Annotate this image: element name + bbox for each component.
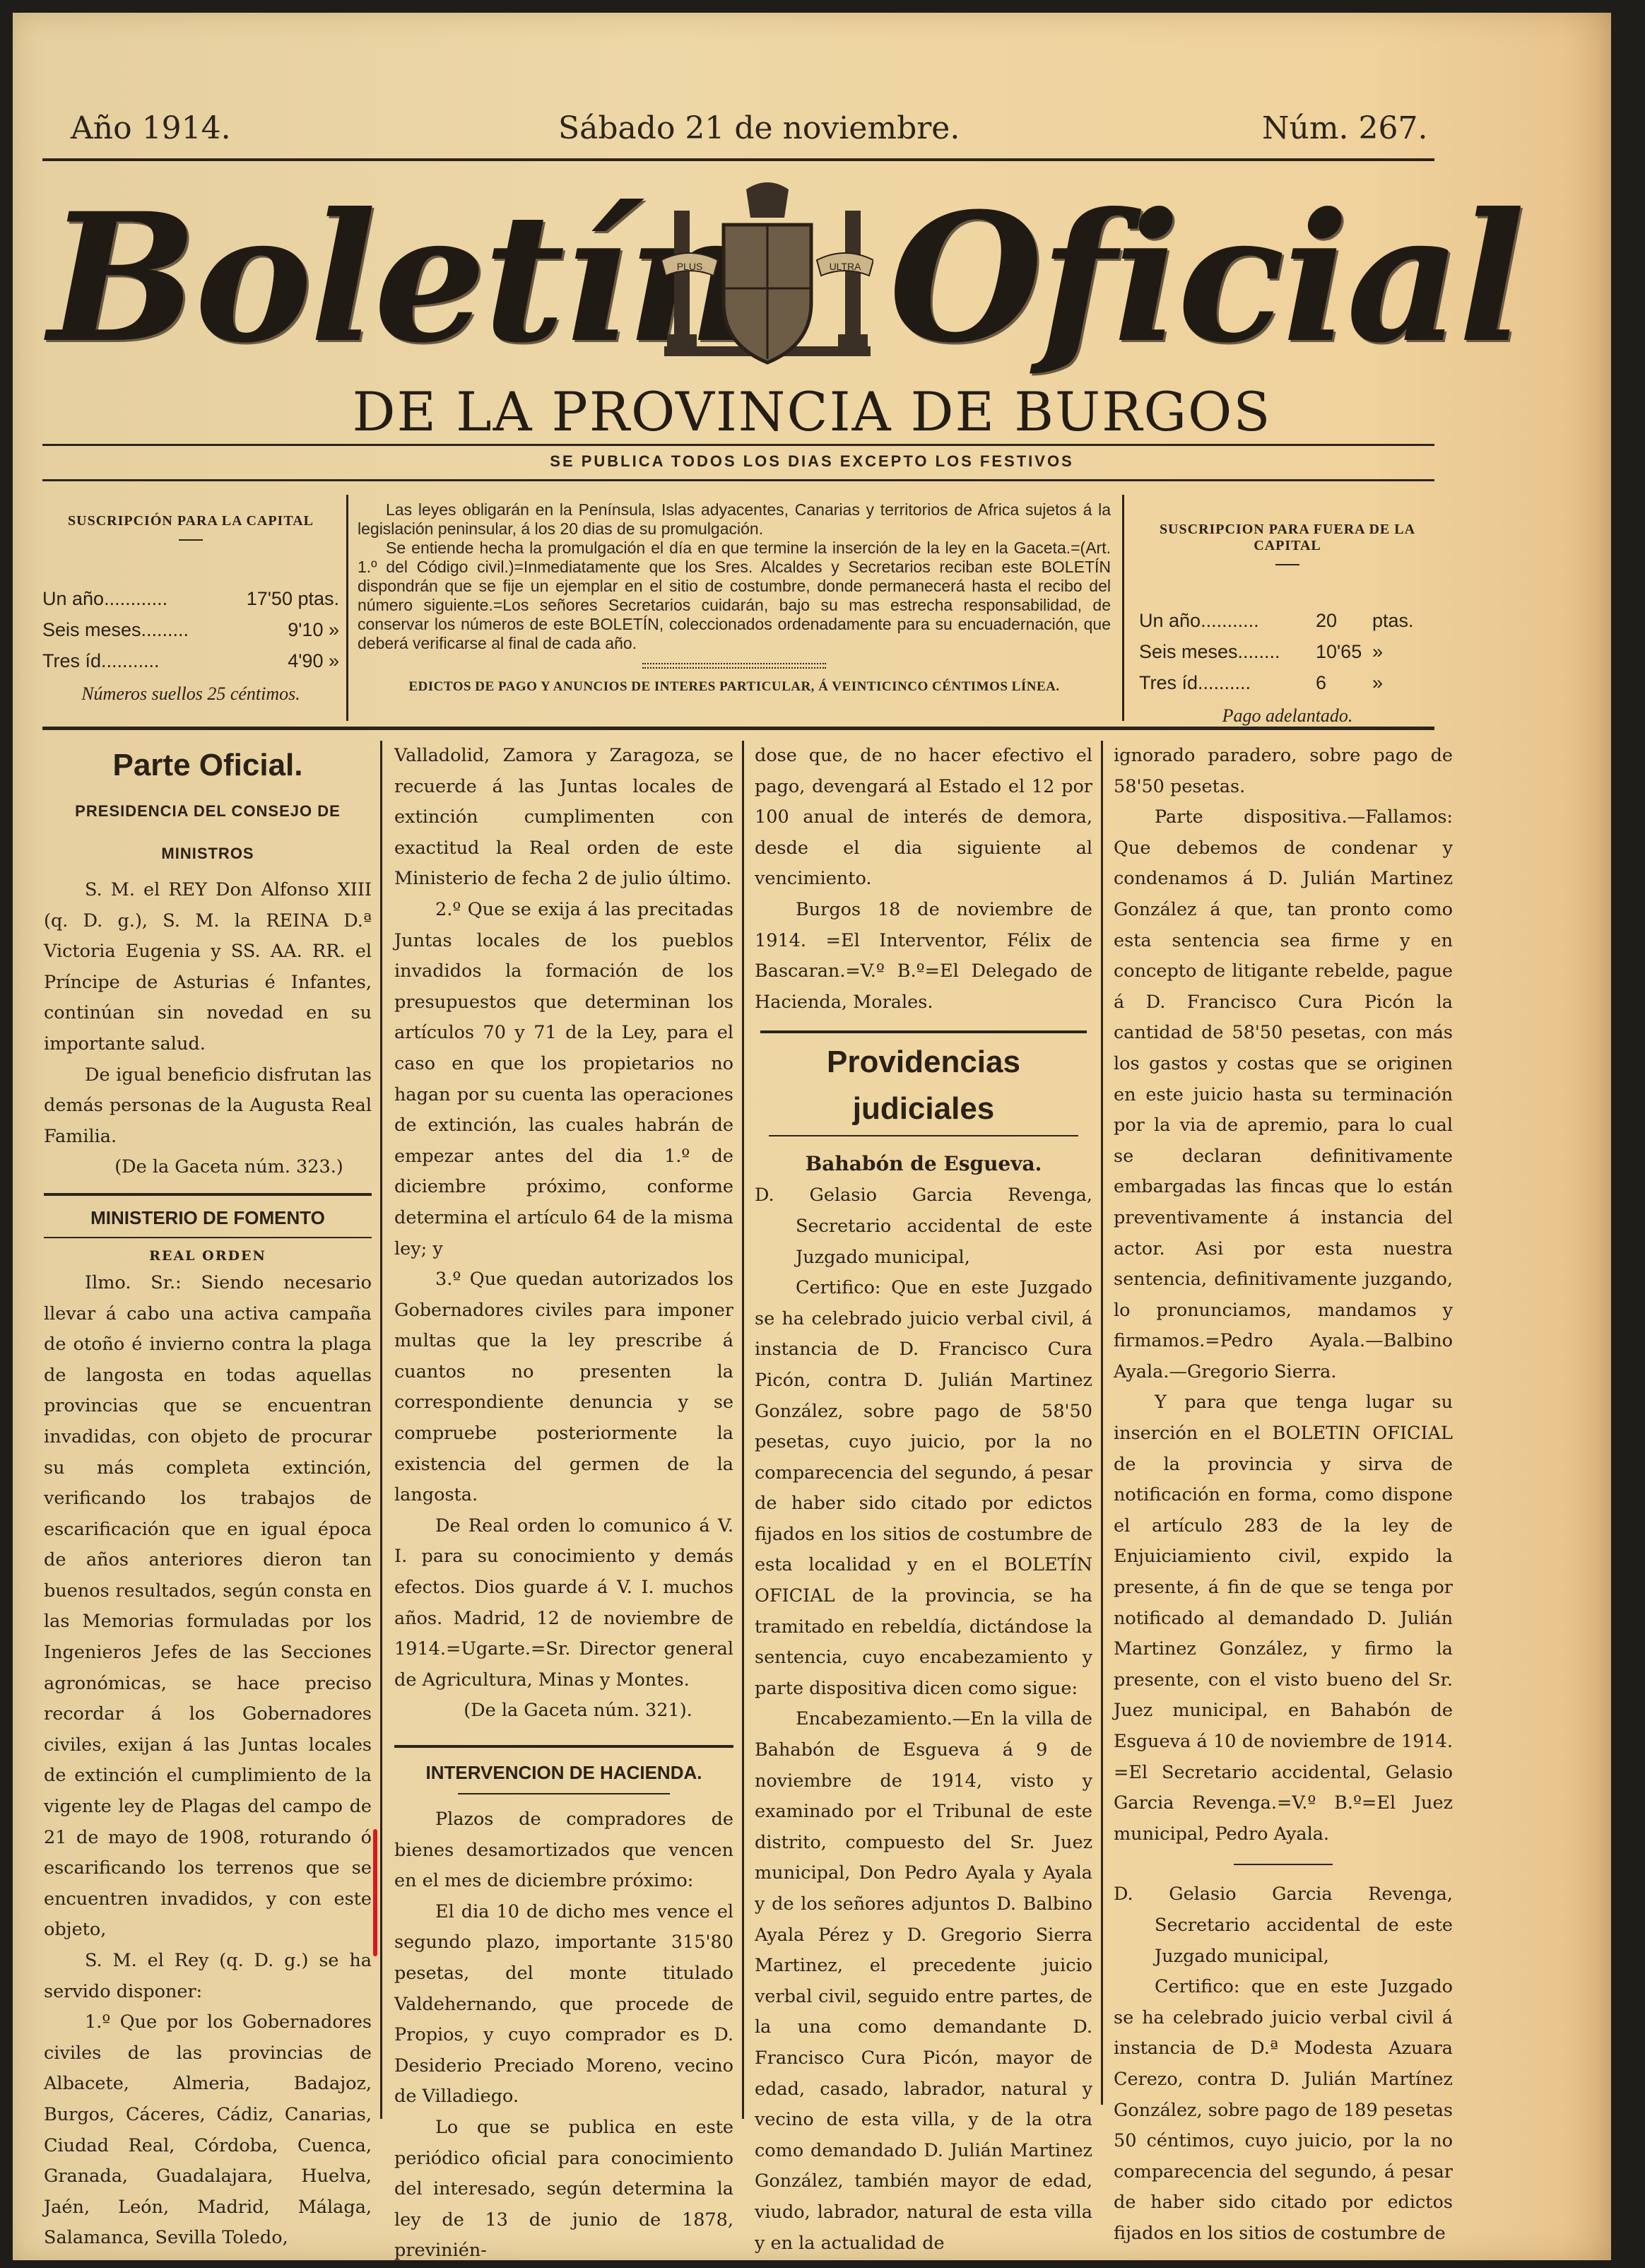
svg-text:ULTRA: ULTRA [830,261,862,272]
article-paragraph: 1.º Que por los Gobernadores civiles de … [44,2007,372,2254]
article-paragraph: Burgos 18 de noviembre de 1914. =El Inte… [755,895,1092,1018]
legal-notice: Las leyes obligarán en la Península, Isl… [358,500,1111,696]
masthead-title-right: Oficial [889,189,1522,366]
box-divider [1122,495,1124,721]
article-paragraph: S. M. el Rey (q. D. g.) se ha servido di… [44,1946,372,2007]
article-paragraph: S. M. el REY Don Alfonso XIII (q. D. g.)… [44,875,372,1060]
column-4: ignorado paradero, sobre pago de 58'50 p… [1114,741,1453,2250]
article-paragraph: Plazos de compradores de bienes desamort… [394,1804,733,1897]
article-paragraph: 2.º Que se exija á las precitadas Juntas… [394,895,733,1264]
article-paragraph: Encabezamiento.—En la villa de Bahabón d… [755,1704,1092,2259]
section-rule [769,1135,1078,1136]
gazette-source: (De la Gaceta núm. 323.) [44,1152,372,1183]
price-row: Seis meses........10'65» [1139,636,1436,667]
svg-text:PLUS: PLUS [677,261,703,272]
article-paragraph: D. Gelasio Garcia Revenga, Secretario ac… [1114,1879,1453,1972]
price-row: Un año............17'50 ptas. [42,583,339,614]
article-paragraph: 3.º Que quedan autorizados los Gobernado… [394,1264,733,1511]
legal-notice-paragraph: Se entiende hecha la promulgación el día… [358,539,1111,653]
article-paragraph: El dia 10 de dicho mes vence el segundo … [394,1897,733,2113]
subscription-capital-title: SUSCRIPCIÓN PARA LA CAPITAL [42,513,339,529]
price-row: Tres íd..........6» [1139,667,1436,698]
legal-notice-paragraph: Las leyes obligarán en la Península, Isl… [358,500,1111,539]
section-title-parte-oficial: Parte Oficial. [44,741,372,790]
hacienda-heading: INTERVENCION DE HACIENDA. [394,1756,733,1789]
article-paragraph: De igual beneficio disfrutan las demás p… [44,1060,372,1153]
column-3: dose que, de no hacer efectivo el pago, … [755,741,1092,2259]
price-row: Un año...........20ptas. [1139,605,1436,636]
section-rule [1234,1864,1333,1865]
section-rule [760,1030,1087,1033]
subtitle-rule [42,444,1434,446]
article-paragraph: D. Gelasio Garcia Revenga, Secretario ac… [755,1180,1092,1273]
presidencia-heading: PRESIDENCIA DEL CONSEJO DE MINISTROS [44,790,372,875]
single-copy-price: Números suellos 25 céntimos. [42,683,339,705]
article-paragraph: Parte dispositiva.—Fallamos: Que debemos… [1114,802,1453,1387]
article-paragraph: dose que, de no hacer efectivo el pago, … [755,741,1092,895]
subscription-outside-box: SUSCRIPCION PARA FUERA DE LA CAPITAL Un … [1139,493,1436,727]
fomento-heading: MINISTERIO DE FOMENTO [44,1203,372,1233]
price-row: Tres íd...........4'90 » [42,645,339,676]
ornament-rule [642,663,826,669]
real-orden-label: REAL ORDEN [44,1244,372,1268]
section-rule [44,1193,372,1196]
royal-crest-icon: PLUS ULTRA [661,182,873,366]
article-paragraph: Ilmo. Sr.: Siendo necesario llevar á cab… [44,1268,372,1946]
edicts-rate: EDICTOS DE PAGO Y ANUNCIOS DE INTERES PA… [358,677,1111,696]
article-paragraph: Certifico: que en este Juzgado se ha cel… [1114,1972,1453,2249]
section-rule [394,1745,733,1748]
header-bottom-rule [42,727,1434,730]
subscription-outside-title: SUSCRIPCION PARA FUERA DE LA CAPITAL [1139,522,1436,554]
article-paragraph: Y para que tenga lugar su inserción en e… [1114,1387,1453,1850]
date-label: Sábado 21 de noviembre. [558,110,960,146]
dateline-rule [42,158,1434,161]
year-label: Año 1914. [71,110,231,146]
box-divider [346,495,348,721]
article-paragraph: Lo que se publica en este periódico ofic… [394,2113,733,2267]
title-dash [1275,564,1299,565]
article-paragraph: Valladolid, Zamora y Zaragoza, se recuer… [394,741,733,895]
issue-number: Núm. 267. [1262,110,1428,146]
title-dash [179,539,203,541]
masthead-subtitle: DE LA PROVINCIA DE BURGOS [13,380,1611,443]
gazette-source: (De la Gaceta núm. 321). [394,1696,733,1727]
masthead-title-left: Boletín [48,189,752,366]
column-2: Valladolid, Zamora y Zaragoza, se recuer… [394,741,733,2267]
red-annotation-mark [373,1829,377,1956]
payment-terms: Pago adelantado. [1139,705,1436,727]
providencias-heading: Providencias judiciales [755,1039,1092,1132]
column-divider [1101,741,1103,2105]
newspaper-page: Año 1914. Sábado 21 de noviembre. Núm. 2… [13,13,1611,2260]
subscription-capital-box: SUSCRIPCIÓN PARA LA CAPITAL Un año......… [42,493,339,727]
price-row: Seis meses.........9'10 » [42,614,339,645]
article-paragraph: ignorado paradero, sobre pago de 58'50 p… [1114,741,1453,802]
section-rule [458,1793,670,1794]
article-paragraph: De Real orden lo comunico á V. I. para s… [394,1511,733,1696]
section-rule [44,1237,372,1238]
frequency-rule [42,479,1434,481]
column-divider [380,741,382,2119]
column-1: Parte Oficial. PRESIDENCIA DEL CONSEJO D… [44,741,372,2254]
place-heading: Bahabón de Esgueva. [755,1148,1092,1180]
column-divider [742,741,744,2119]
publication-frequency: SE PUBLICA TODOS LOS DIAS EXCEPTO LOS FE… [13,452,1611,471]
article-paragraph: Certifico: Que en este Juzgado se ha cel… [755,1273,1092,1704]
